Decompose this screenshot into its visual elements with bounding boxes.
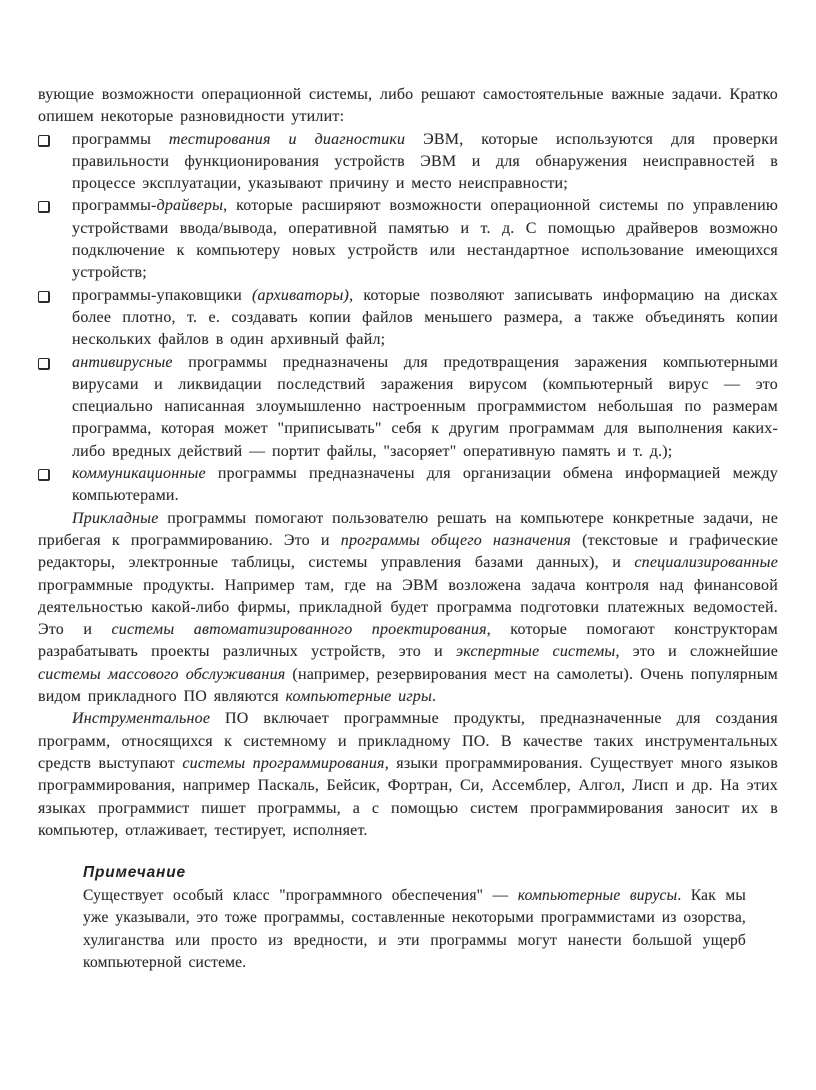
list-item-text: программы тестирования и диагностики ЭВМ… (72, 129, 778, 196)
paragraph-instrumental-software: Инструментальное ПО включает программные… (38, 708, 778, 842)
square-bullet-icon (38, 201, 50, 213)
square-bullet-icon (38, 291, 50, 303)
bullet-cell (38, 195, 72, 213)
square-bullet-icon (38, 469, 50, 481)
list-item-text: программы-драйверы, которые расширяют во… (72, 195, 778, 284)
bullet-cell (38, 129, 72, 147)
bullet-cell (38, 285, 72, 303)
list-item: программы-драйверы, которые расширяют во… (38, 195, 778, 284)
document-page: вующие возможности операционной системы,… (0, 0, 816, 1090)
list-item-text: программы-упаковщики (архиваторы), котор… (72, 285, 778, 352)
paragraph-continuation: вующие возможности операционной системы,… (38, 84, 778, 129)
note-body: Существует особый класс "программного об… (83, 885, 746, 974)
square-bullet-icon (38, 135, 50, 147)
list-item: антивирусные программы предназначены для… (38, 352, 778, 463)
bullet-cell (38, 463, 72, 481)
list-item-text: антивирусные программы предназначены для… (72, 352, 778, 463)
paragraph-applied-software: Прикладные программы помогают пользовате… (38, 508, 778, 709)
note-block: Примечание Существует особый класс "прог… (83, 864, 746, 974)
bullet-cell (38, 352, 72, 370)
note-title: Примечание (83, 864, 746, 882)
list-item: программы тестирования и диагностики ЭВМ… (38, 129, 778, 196)
list-item-text: коммуникационные программы предназначены… (72, 463, 778, 508)
list-item: коммуникационные программы предназначены… (38, 463, 778, 508)
list-item: программы-упаковщики (архиваторы), котор… (38, 285, 778, 352)
square-bullet-icon (38, 358, 50, 370)
